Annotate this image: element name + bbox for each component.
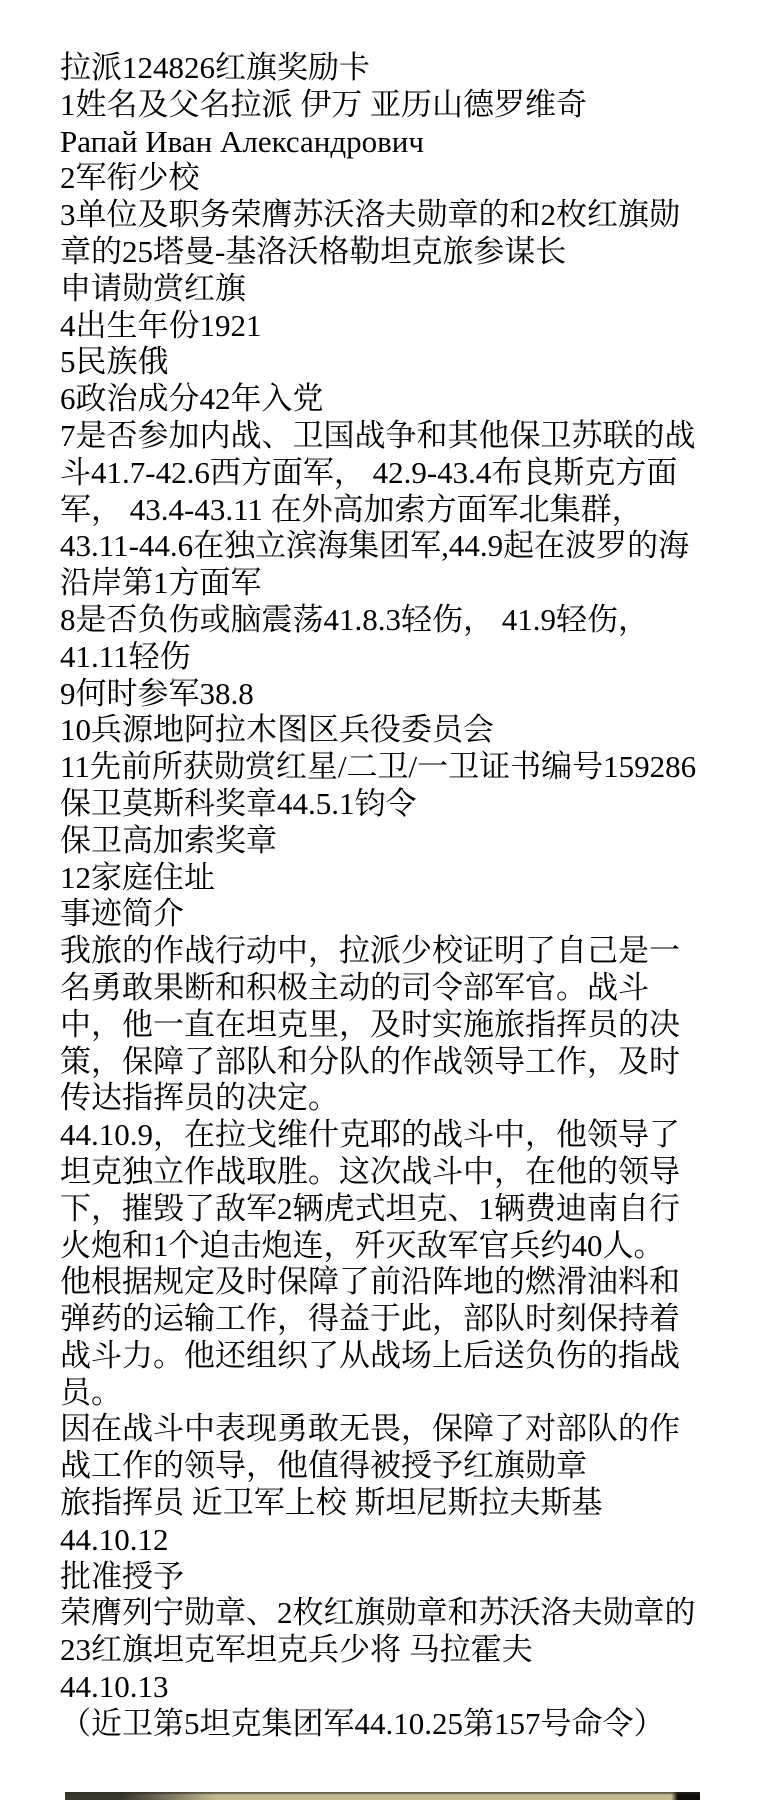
text-line: 沿岸第1方面军 [60, 565, 720, 602]
scanned-document-top-edge [65, 1792, 700, 1800]
text-line: 9何时参军38.8 [60, 676, 720, 713]
text-line: 斗41.7-42.6西方面军， 42.9-43.4布良斯克方面 [60, 455, 720, 492]
text-line: 下，摧毁了敌军2辆虎式坦克、1辆费迪南自行 [60, 1191, 720, 1228]
text-line: 44.10.9，在拉戈维什克耶的战斗中，他领导了 [60, 1117, 720, 1154]
text-line: Рапай Иван Александрович [60, 124, 720, 161]
text-line: 因在战斗中表现勇敢无畏，保障了对部队的作 [60, 1411, 720, 1448]
text-line: 41.11轻伤 [60, 639, 720, 676]
text-line: 2军衔少校 [60, 160, 720, 197]
text-line: 荣膺列宁勋章、2枚红旗勋章和苏沃洛夫勋章的 [60, 1595, 720, 1632]
text-line: 8是否负伤或脑震荡41.8.3轻伤， 41.9轻伤， [60, 602, 720, 639]
text-line: 旅指挥员 近卫军上校 斯坦尼斯拉夫斯基 [60, 1485, 720, 1522]
text-line: 保卫莫斯科奖章44.5.1钧令 [60, 786, 720, 823]
text-line: 批准授予 [60, 1559, 720, 1596]
text-line: （近卫第5坦克集团军44.10.25第157号命令） [60, 1706, 720, 1743]
text-line: 7是否参加内战、卫国战争和其他保卫苏联的战 [60, 418, 720, 455]
text-line: 拉派124826红旗奖励卡 [60, 50, 720, 87]
text-line: 12家庭住址 [60, 860, 720, 897]
text-line: 保卫高加索奖章 [60, 823, 720, 860]
text-line: 我旅的作战行动中，拉派少校证明了自己是一 [60, 933, 720, 970]
text-line: 3单位及职务荣膺苏沃洛夫勋章的和2枚红旗勋 [60, 197, 720, 234]
text-line: 弹药的运输工作，得益于此，部队时刻保持着 [60, 1301, 720, 1338]
text-line: 坦克独立作战取胜。这次战斗中，在他的领导 [60, 1154, 720, 1191]
text-line: 5民族俄 [60, 344, 720, 381]
text-line: 44.10.13 [60, 1669, 720, 1706]
text-line: 11先前所获勋赏红星/二卫/一卫证书编号159286 [60, 749, 720, 786]
text-line: 10兵源地阿拉木图区兵役委员会 [60, 712, 720, 749]
text-line: 章的25塔曼-基洛沃格勒坦克旅参谋长 [60, 234, 720, 271]
text-line: 1姓名及父名拉派 伊万 亚历山德罗维奇 [60, 87, 720, 124]
text-line: 传达指挥员的决定。 [60, 1080, 720, 1117]
text-line: 名勇敢果断和积极主动的司令部军官。战斗 [60, 970, 720, 1007]
text-line: 44.10.12 [60, 1522, 720, 1559]
text-line: 事迹简介 [60, 896, 720, 933]
text-line: 4出生年份1921 [60, 308, 720, 345]
text-line: 43.11-44.6在独立滨海集团军,44.9起在波罗的海 [60, 528, 720, 565]
translated-award-card-page: 拉派124826红旗奖励卡1姓名及父名拉派 伊万 亚历山德罗维奇Рапай Ив… [0, 0, 776, 1800]
text-line: 战斗力。他还组织了从战场上后送负伤的指战 [60, 1338, 720, 1375]
text-line: 员。 [60, 1375, 720, 1412]
text-line: 战工作的领导，他值得被授予红旗勋章 [60, 1448, 720, 1485]
text-line: 他根据规定及时保障了前沿阵地的燃滑油料和 [60, 1264, 720, 1301]
text-line: 6政治成分42年入党 [60, 381, 720, 418]
document-text-block: 拉派124826红旗奖励卡1姓名及父名拉派 伊万 亚历山德罗维奇Рапай Ив… [60, 50, 720, 1743]
text-line: 中，他一直在坦克里，及时实施旅指挥员的决 [60, 1007, 720, 1044]
text-line: 火炮和1个迫击炮连，歼灭敌军官兵约40人。 [60, 1228, 720, 1265]
text-line: 申请勋赏红旗 [60, 271, 720, 308]
text-line: 23红旗坦克军坦克兵少将 马拉霍夫 [60, 1632, 720, 1669]
text-line: 策，保障了部队和分队的作战领导工作，及时 [60, 1044, 720, 1081]
text-line: 军， 43.4-43.11 在外高加索方面军北集群， [60, 492, 720, 529]
